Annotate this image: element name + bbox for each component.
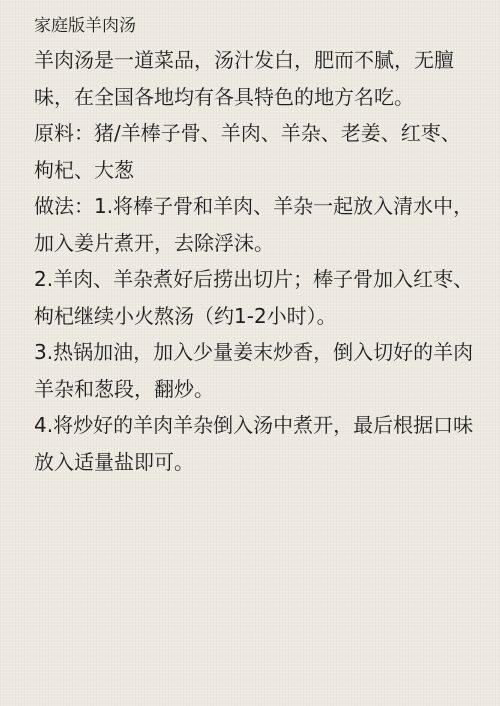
- recipe-step-2: 2.羊肉、羊杂煮好后捞出切片；棒子骨加入红枣、枸杞继续小火熬汤（约1-2小时）。: [34, 261, 474, 334]
- recipe-title: 家庭版羊肉汤: [34, 10, 474, 42]
- recipe-step-3: 3.热锅加油，加入少量姜末炒香，倒入切好的羊肉羊杂和葱段，翻炒。: [34, 334, 474, 407]
- recipe-ingredients: 原料：猪/羊棒子骨、羊肉、羊杂、老姜、红枣、枸杞、大葱: [34, 115, 474, 188]
- recipe-intro: 羊肉汤是一道菜品，汤汁发白，肥而不腻，无膻味，在全国各地均有各具特色的地方名吃。: [34, 42, 474, 115]
- recipe-document: 家庭版羊肉汤 羊肉汤是一道菜品，汤汁发白，肥而不腻，无膻味，在全国各地均有各具特…: [34, 10, 474, 480]
- recipe-step-1: 做法：1.将棒子骨和羊肉、羊杂一起放入清水中，加入姜片煮开，去除浮沫。: [34, 188, 474, 261]
- recipe-step-4: 4.将炒好的羊肉羊杂倒入汤中煮开，最后根据口味放入适量盐即可。: [34, 407, 474, 480]
